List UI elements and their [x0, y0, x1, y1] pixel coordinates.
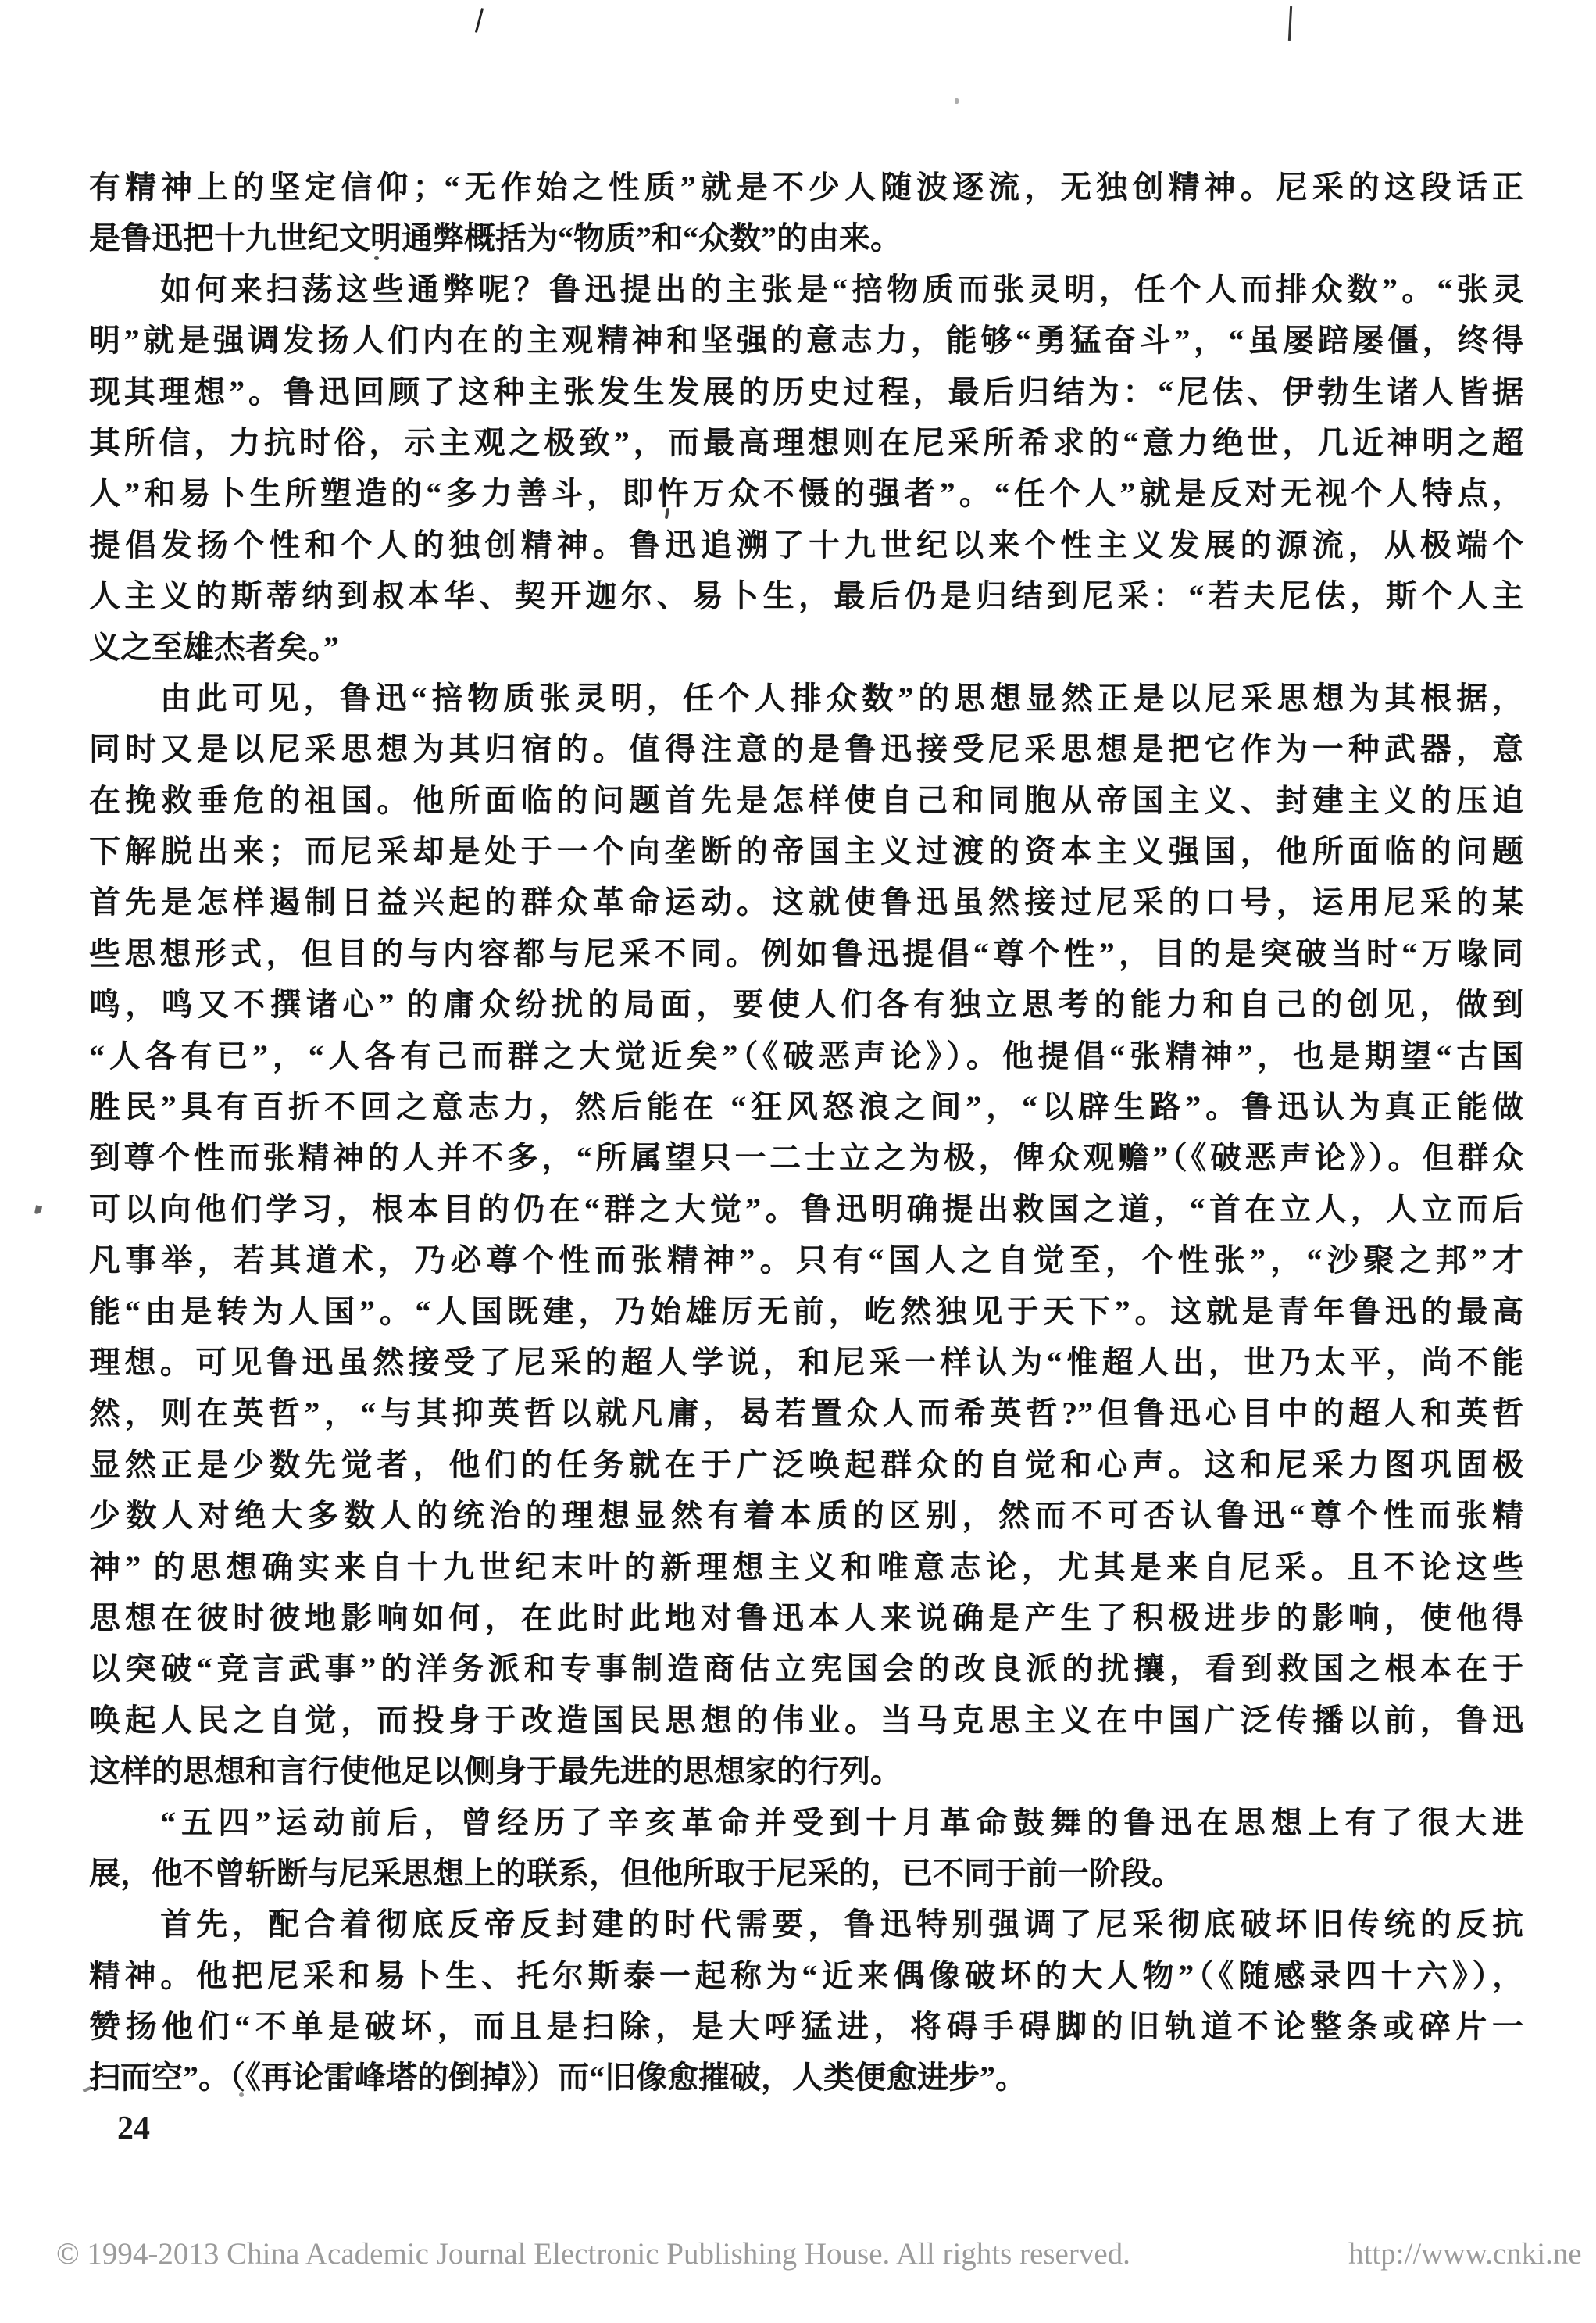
- text-line: “人各有已”，“人各有己而群之大觉近矣”（《破恶声论》）。他提倡“张精神”，也是…: [89, 1031, 1523, 1081]
- text-line: 其所信，力抗时俗，示主观之极致”，而最高理想则在尼采所希求的“意力绝世，几近神明…: [89, 417, 1523, 468]
- text-line: 有精神上的坚定信仰；“无作始之性质”就是不少人随波逐流，无独创精神。尼采的这段话…: [89, 162, 1523, 213]
- text-line: 这样的思想和言行使他足以侧身于最先进的思想家的行列。: [89, 1746, 1523, 1796]
- text-line: 在挽救垂危的祖国。他所面临的问题首先是怎样使自己和同胞从帝国主义、封建主义的压迫: [89, 775, 1523, 826]
- text-line: 人主义的斯蒂纳到叔本华、契开迦尔、易卜生，最后仍是归结到尼采：“若夫尼佉，斯个人…: [89, 570, 1523, 621]
- text-line: 然，则在英哲”，“与其抑英哲以就凡庸，曷若置众人而希英哲?”但鲁迅心目中的超人和…: [89, 1388, 1523, 1438]
- scan-artifact: [34, 1205, 42, 1214]
- text-line: 到尊个性而张精神的人并不多，“所属望只一二士立之为极，俾众观赡”（《破恶声论》）…: [89, 1132, 1523, 1183]
- scan-artifact: [955, 98, 959, 104]
- text-line: 些思想形式，但目的与内容都与尼采不同。例如鲁迅提倡“尊个性”，目的是突破当时“万…: [89, 928, 1523, 979]
- text-line: 精神。他把尼采和易卜生、托尔斯泰一起称为“近来偶像破坏的大人物”（《随感录四十六…: [89, 1950, 1523, 2001]
- text-line: 理想。可见鲁迅虽然接受了尼采的超人学说，和尼采一样认为“惟超人出，世乃太平，尚不…: [89, 1337, 1523, 1388]
- text-line: 扫而空”。（《再论雷峰塔的倒掉》）而“旧像愈摧破，人类便愈进步”。: [89, 2052, 1523, 2103]
- text-line: 以突破“竞言武事”的洋务派和专事制造商估立宪国会的改良派的扰攘，看到救国之根本在…: [89, 1643, 1523, 1694]
- scan-artifact: [1288, 6, 1292, 41]
- footer-copyright: © 1994-2013 China Academic Journal Elect…: [56, 2236, 1130, 2271]
- text-line: 鸣，鸣又不撰诸心” 的庸众纷扰的局面，要使人们各有独立思考的能力和自己的创见，做…: [89, 979, 1523, 1030]
- text-line: 神” 的思想确实来自十九世纪末叶的新理想主义和唯意志论，尤其是来自尼采。且不论这…: [89, 1542, 1523, 1592]
- text-line: 由此可见，鲁迅“掊物质张灵明，任个人排众数”的思想显然正是以尼采思想为其根据，: [89, 673, 1523, 724]
- page-number: 24: [117, 2110, 150, 2147]
- text-line: 凡事举，若其道术，乃必尊个性而张精神”。只有“国人之自觉至，个性张”，“沙聚之邦…: [89, 1235, 1523, 1285]
- scanned-journal-page: { "document": { "language": "zh-CN", "pa…: [0, 0, 1596, 2323]
- text-line: 可以向他们学习，根本目的仍在“群之大觉”。鲁迅明确提出救国之道，“首在立人，人立…: [89, 1184, 1523, 1235]
- scan-artifact: [475, 8, 484, 33]
- text-line: 思想在彼时彼地影响如何，在此时此地对鲁迅本人来说确是产生了积极进步的影响，使他得: [89, 1592, 1523, 1643]
- text-line: 展，他不曾斩断与尼采思想上的联系，但他所取于尼采的，已不同于前一阶段。: [89, 1848, 1523, 1899]
- article-text: 有精神上的坚定信仰；“无作始之性质”就是不少人随波逐流，无独创精神。尼采的这段话…: [89, 162, 1523, 2103]
- text-line: 提倡发扬个性和个人的独创精神。鲁迅追溯了十九世纪以来个性主义发展的源流，从极端个: [89, 520, 1523, 570]
- text-line: 人”和易卜生所塑造的“多力善斗，即忤万众不慑的强者”。“任个人”就是反对无视个人…: [89, 468, 1523, 519]
- text-line: 首先，配合着彻底反帝反封建的时代需要，鲁迅特别强调了尼采彻底破坏旧传统的反抗: [89, 1899, 1523, 1950]
- page-footer: © 1994-2013 China Academic Journal Elect…: [0, 2236, 1596, 2283]
- text-line: 下解脱出来；而尼采却是处于一个向垄断的帝国主义过渡的资本主义强国，他所面临的问题: [89, 826, 1523, 877]
- text-line: “五四”运动前后，曾经历了辛亥革命并受到十月革命鼓舞的鲁迅在思想上有了很大进: [89, 1797, 1523, 1848]
- text-line: 少数人对绝大多数人的统治的理想显然有着本质的区别，然而不可否认鲁迅“尊个性而张精: [89, 1490, 1523, 1541]
- text-line: 赞扬他们“不单是破坏，而且是扫除，是大呼猛进，将碍手碍脚的旧轨道不论整条或碎片一: [89, 2001, 1523, 2052]
- text-line: 义之至雄杰者矣。”: [89, 622, 1523, 673]
- footer-url: http://www.cnki.ne: [1348, 2236, 1582, 2271]
- text-line: 如何来扫荡这些通弊呢？鲁迅提出的主张是“掊物质而张灵明，任个人而排众数”。“张灵: [89, 264, 1523, 315]
- text-line: 胜民”具有百折不回之意志力，然后能在 “狂风怒浪之间”，“以辟生路”。鲁迅认为真…: [89, 1081, 1523, 1132]
- text-line: 同时又是以尼采思想为其归宿的。值得注意的是鲁迅接受尼采思想是把它作为一种武器，意: [89, 724, 1523, 774]
- text-line: 明”就是强调发扬人们内在的主观精神和坚强的意志力，能够“勇猛奋斗”，“虽屡踣屡僵…: [89, 315, 1523, 366]
- text-line: 是鲁迅把十九世纪文明通弊概括为“物质”和“众数”的由来。: [89, 213, 1523, 263]
- text-line: 能“由是转为人国”。“人国既建，乃始雄厉无前，屹然独见于天下”。这就是青年鲁迅的…: [89, 1286, 1523, 1337]
- text-line: 唤起人民之自觉，而投身于改造国民思想的伟业。当马克思主义在中国广泛传播以前，鲁迅: [89, 1695, 1523, 1746]
- text-line: 显然正是少数先觉者，他们的任务就在于广泛唤起群众的自觉和心声。这和尼采力图巩固极: [89, 1439, 1523, 1490]
- text-line: 首先是怎样遏制日益兴起的群众革命运动。这就使鲁迅虽然接过尼采的口号，运用尼采的某: [89, 877, 1523, 927]
- text-line: 现其理想”。鲁迅回顾了这种主张发生发展的历史过程，最后归结为：“尼佉、伊勃生诸人…: [89, 366, 1523, 417]
